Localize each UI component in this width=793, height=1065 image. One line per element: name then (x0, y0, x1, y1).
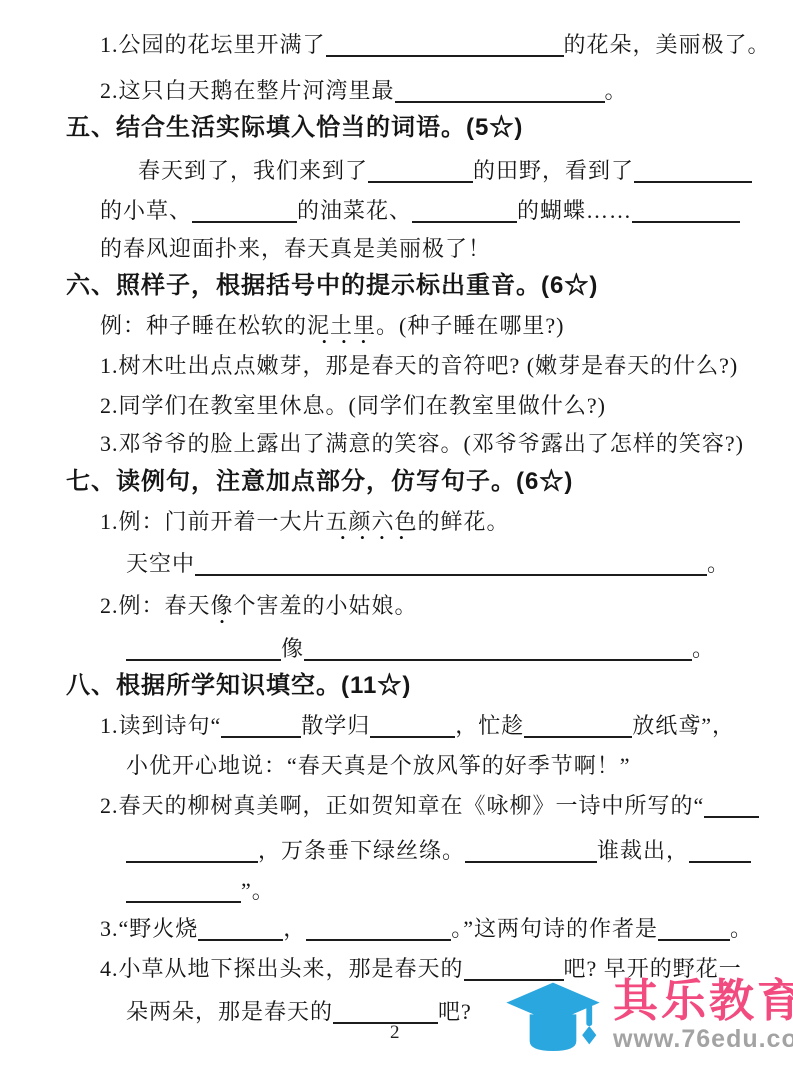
heading-text: 六、照样子，根据括号中的提示标出重音。(6☆) (66, 272, 598, 299)
text: 的春风迎面扑来，春天真是美丽极了！ (100, 236, 491, 261)
item-line: ，万条垂下绿丝绦。谁裁出， (126, 836, 751, 866)
emphasized-text: 像• (211, 591, 234, 621)
item-line: 1.树木吐出点点嫩芽，那是春天的音符吧? (嫩芽是春天的什么?) (100, 351, 738, 381)
item-line: 1.公园的花坛里开满了的花朵，美丽极了。 (100, 30, 771, 60)
emphasis-dots: • (211, 617, 234, 627)
text: 像 (281, 636, 304, 661)
watermark: 其乐教育 www.76edu.com (503, 978, 793, 1064)
worksheet-page: 1.公园的花坛里开满了的花朵，美丽极了。 2.这只白天鹅在整片河湾里最。 五、结… (0, 0, 793, 1065)
emphasis-dots: ••• (307, 337, 376, 347)
item-line: 2.春天的柳树真美啊，正如贺知章在《咏柳》一诗中所写的“ (100, 791, 759, 821)
text: ，忙趁 (455, 713, 524, 738)
text: 朵两朵，那是春天的 (126, 999, 333, 1024)
text: 例：种子睡在松软的 (100, 313, 307, 338)
item-line: 的春风迎面扑来，春天真是美丽极了！ (100, 234, 491, 264)
blank-line (524, 716, 632, 738)
blank-line (195, 554, 707, 576)
text: 2.春天的柳树真美啊，正如贺知章在《咏柳》一诗中所写的“ (100, 793, 704, 818)
item-line: 1.读到诗句“散学归，忙趁放纸鸢”， (100, 711, 735, 741)
item-line: 2.这只白天鹅在整片河湾里最。 (100, 76, 628, 106)
item-line: ”。 (126, 876, 275, 906)
blank-line (658, 919, 730, 941)
blank-line (198, 919, 283, 941)
item-line: 3.“野火烧，。”这两句诗的作者是。 (100, 914, 753, 944)
text: 的花朵，美丽极了。 (564, 32, 771, 57)
item-line: 春天到了，我们来到了的田野，看到了 (138, 156, 752, 186)
item-line: 3.邓爷爷的脸上露出了满意的笑容。(邓爷爷露出了怎样的笑容?) (100, 429, 744, 459)
example-line: 2.例：春天像•个害羞的小姑娘。 (100, 591, 418, 621)
text: 放纸鸢”， (632, 713, 735, 738)
blank-line (221, 716, 301, 738)
blank-line (634, 161, 752, 183)
text: ”。 (241, 878, 275, 903)
blank-line (704, 796, 759, 818)
heading-text: 五、结合生活实际填入恰当的词语。(5☆) (66, 114, 523, 141)
fill-line: 像。 (126, 634, 715, 664)
text: 1.例：门前开着一大片 (100, 509, 326, 534)
text: 个害羞的小姑娘。 (234, 593, 418, 618)
blank-line (368, 161, 473, 183)
text: 2.例：春天 (100, 593, 211, 618)
text: 天空中 (126, 551, 195, 576)
blank-line (126, 881, 241, 903)
item-line: 2.同学们在教室里休息。(同学们在教室里做什么?) (100, 391, 606, 421)
item-line: 小优开心地说：“春天真是个放风筝的好季节啊！” (126, 751, 631, 781)
blank-line (304, 639, 692, 661)
heading-text: 八、根据所学知识填空。(11☆) (66, 672, 411, 699)
blank-line (326, 35, 564, 57)
emphasized-text: 五颜六色•••• (326, 507, 418, 537)
text: 。(种子睡在哪里?) (376, 313, 564, 338)
text: 2.同学们在教室里休息。(同学们在教室里做什么?) (100, 393, 606, 418)
section-heading-6: 六、照样子，根据括号中的提示标出重音。(6☆) (66, 271, 598, 301)
example-line: 1.例：门前开着一大片五颜六色••••的鲜花。 (100, 507, 510, 537)
text: 的田野，看到了 (473, 158, 634, 183)
blank-line (126, 841, 258, 863)
emphasized-text: 泥土里••• (307, 311, 376, 341)
blank-line (395, 81, 605, 103)
text: 的蝴蝶…… (517, 198, 632, 223)
text: 3.“野火烧 (100, 916, 198, 941)
text: 谁裁出， (597, 838, 689, 863)
text: 。”这两句诗的作者是 (451, 916, 658, 941)
watermark-text: 其乐教育 www.76edu.com (613, 978, 793, 1054)
text: 。 (730, 916, 753, 941)
text: 。 (605, 78, 628, 103)
graduation-cap-icon (503, 978, 603, 1064)
item-line: 朵两朵，那是春天的吧? (126, 997, 472, 1027)
blank-line (465, 841, 597, 863)
blank-line (412, 201, 517, 223)
blank-line (632, 201, 740, 223)
text: 春天到了，我们来到了 (138, 158, 368, 183)
text: 的油菜花、 (297, 198, 412, 223)
watermark-brand: 其乐教育 (613, 978, 793, 1023)
blank-line (306, 919, 451, 941)
section-heading-5: 五、结合生活实际填入恰当的词语。(5☆) (66, 113, 523, 143)
text: ， (283, 916, 306, 941)
item-line: 的小草、的油菜花、的蝴蝶…… (100, 196, 740, 226)
text: 小优开心地说：“春天真是个放风筝的好季节啊！” (126, 753, 631, 778)
fill-line: 天空中。 (126, 549, 730, 579)
page-number: 2 (390, 1022, 400, 1044)
blank-line (333, 1002, 438, 1024)
text: 吧? (438, 999, 472, 1024)
blank-line (126, 639, 281, 661)
blank-line (370, 716, 455, 738)
example-line: 例：种子睡在松软的泥土里•••。(种子睡在哪里?) (100, 311, 564, 341)
section-heading-8: 八、根据所学知识填空。(11☆) (66, 671, 411, 701)
text: 。 (692, 636, 715, 661)
blank-line (689, 841, 751, 863)
text: 。 (707, 551, 730, 576)
text: ，万条垂下绿丝绦。 (258, 838, 465, 863)
text: 散学归 (301, 713, 370, 738)
text: 3.邓爷爷的脸上露出了满意的笑容。(邓爷爷露出了怎样的笑容?) (100, 431, 744, 456)
text: 的鲜花。 (418, 509, 510, 534)
emphasis-dots: •••• (326, 533, 418, 543)
text: 1.读到诗句“ (100, 713, 221, 738)
text: 4.小草从地下探出头来，那是春天的 (100, 956, 464, 981)
heading-text: 七、读例句，注意加点部分，仿写句子。(6☆) (66, 468, 573, 495)
blank-line (192, 201, 297, 223)
text: 1.树木吐出点点嫩芽，那是春天的音符吧? (嫩芽是春天的什么?) (100, 353, 738, 378)
text: 1.公园的花坛里开满了 (100, 32, 326, 57)
text: 2.这只白天鹅在整片河湾里最 (100, 78, 395, 103)
text: 的小草、 (100, 198, 192, 223)
section-heading-7: 七、读例句，注意加点部分，仿写句子。(6☆) (66, 467, 573, 497)
watermark-url: www.76edu.com (613, 1025, 793, 1054)
